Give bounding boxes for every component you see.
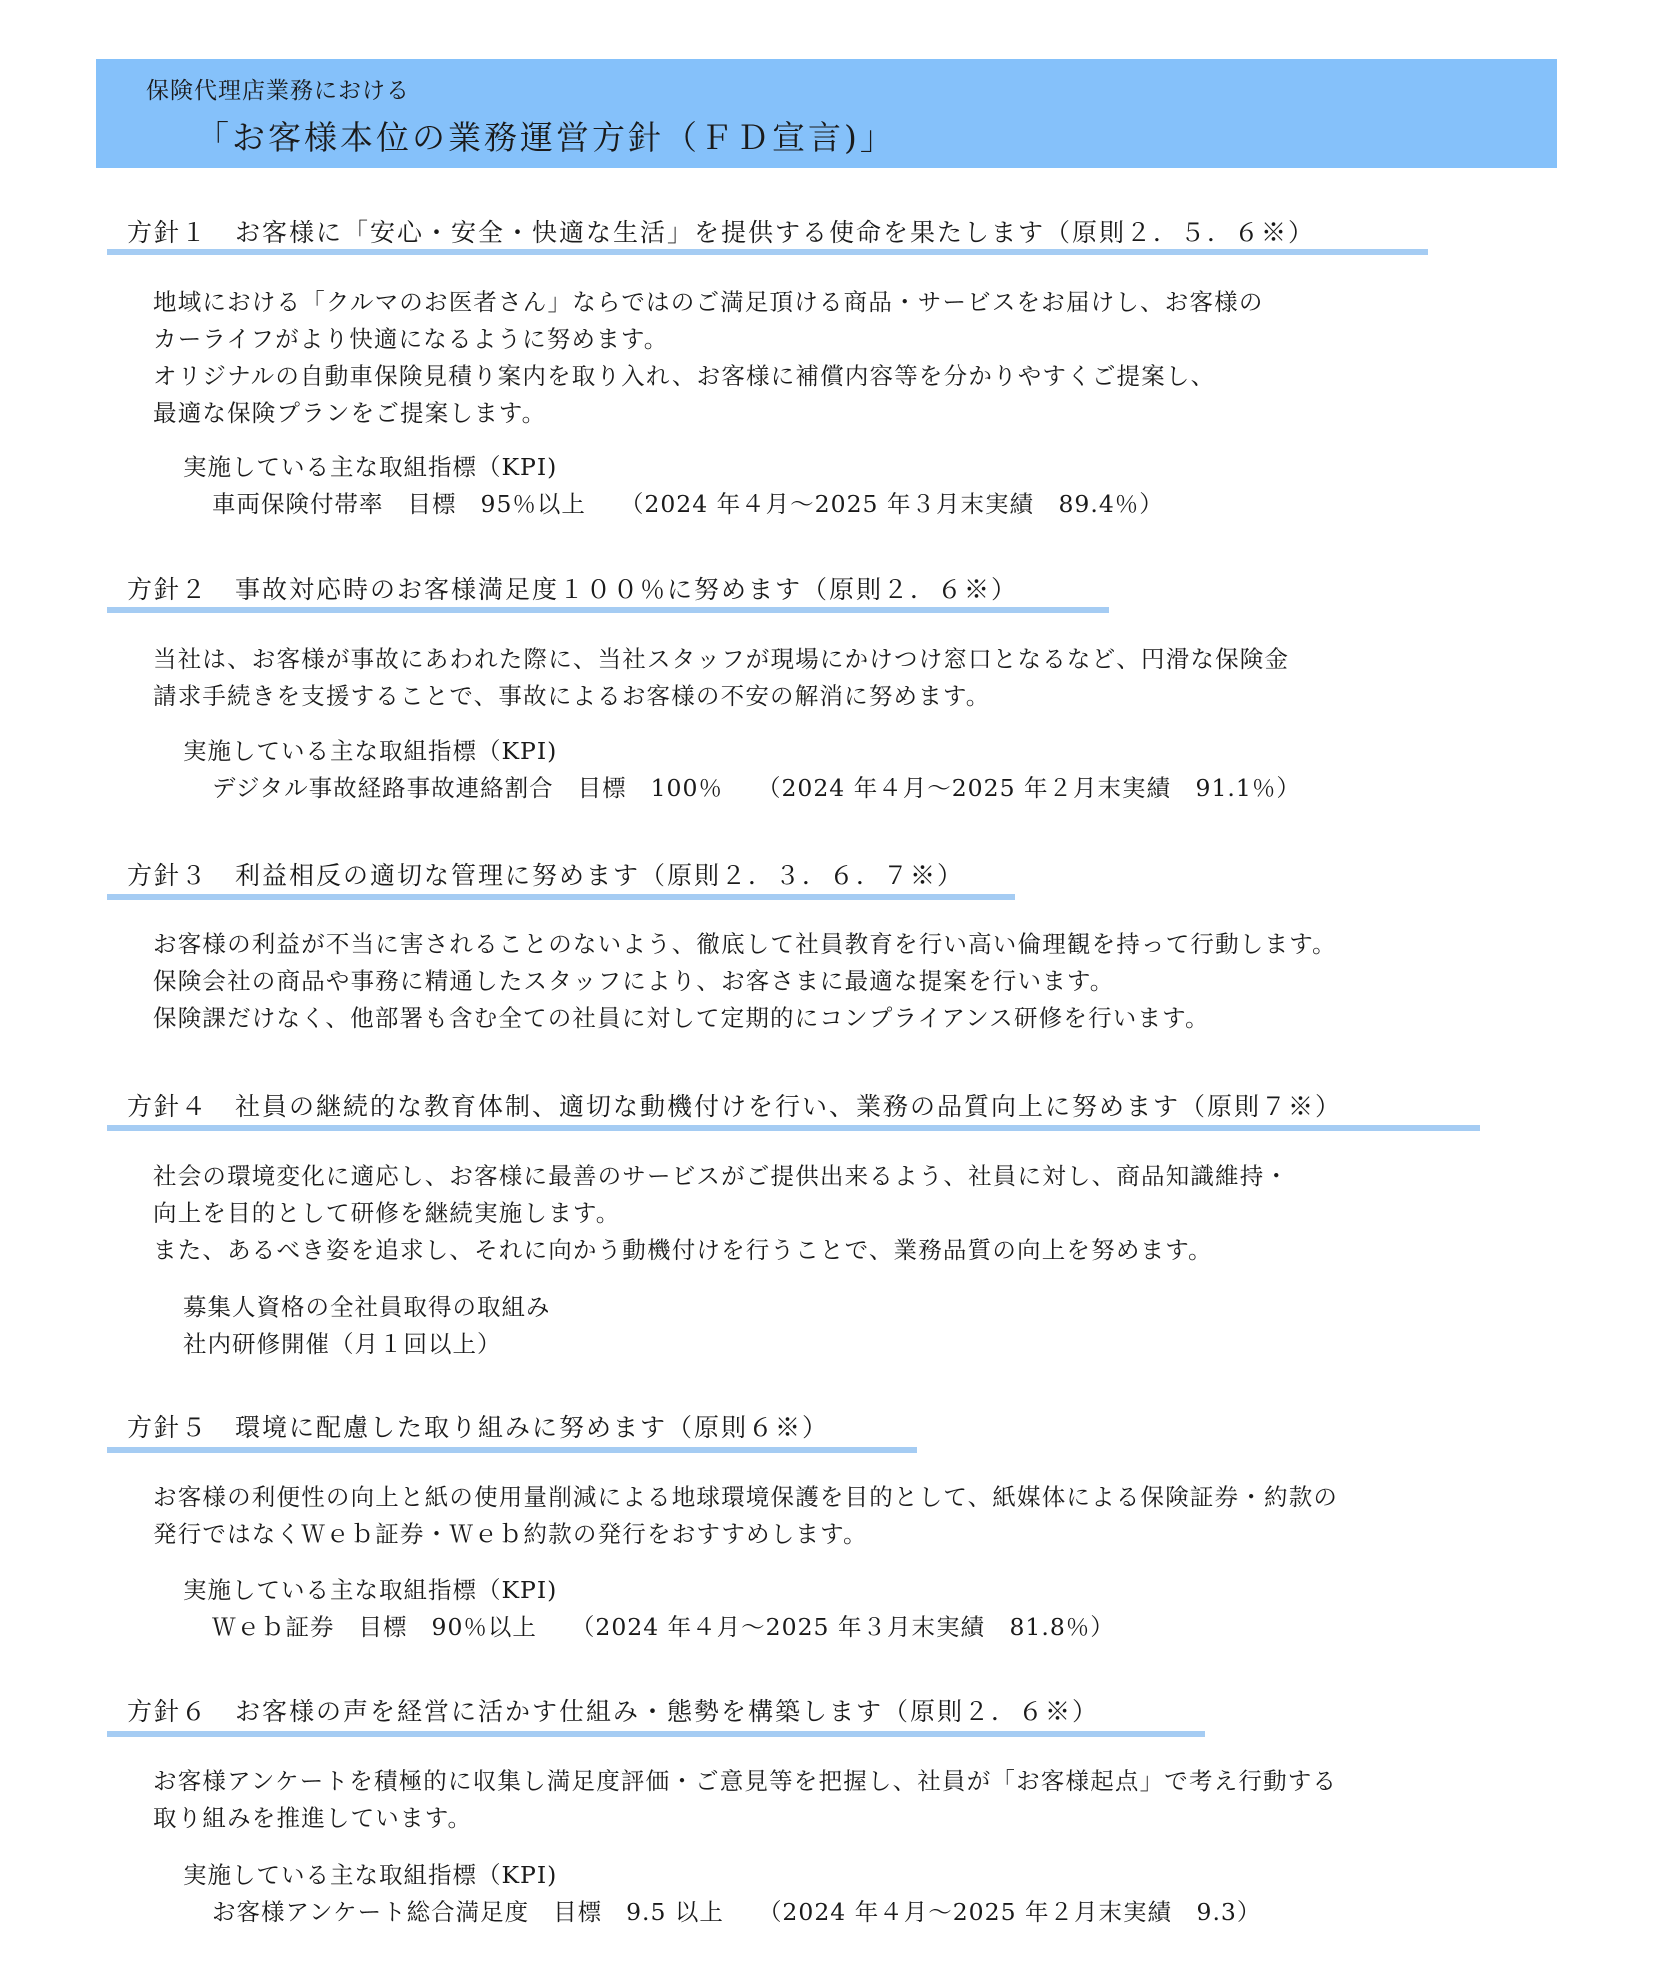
- policy-6-underline: [107, 1731, 1205, 1737]
- policy-2-kpi-row: デジタル事故経路事故連絡割合目標100％（2024 年４月～2025 年２月末実…: [212, 770, 1301, 807]
- policy-1-kpi-label: 実施している主な取組指標（KPI): [183, 449, 557, 486]
- policy-5-kpi-label: 実施している主な取組指標（KPI): [183, 1572, 557, 1609]
- kpi-result: （2024 年４月～2025 年３月末実績 89.4％）: [620, 486, 1164, 523]
- body-line: お客様の利益が不当に害されることのないよう、徹底して社員教育を行い高い倫理観を持…: [153, 926, 1337, 963]
- policy-2-heading: 方針２ 事故対応時のお客様満足度１００％に努めます（原則２．６※）: [127, 570, 1018, 606]
- policy-4-underline: [107, 1125, 1480, 1131]
- policy-5-heading: 方針５ 環境に配慮した取り組みに努めます（原則６※）: [127, 1408, 829, 1444]
- page-title: 「お客様本位の業務運営方針（ＦＤ宣言)」: [196, 112, 896, 159]
- body-line: 最適な保険プランをご提案します。: [153, 395, 546, 432]
- policy-6-heading: 方針６ お客様の声を経営に活かす仕組み・態勢を構築します（原則２．６※）: [127, 1692, 1099, 1728]
- body-line: 向上を目的として研修を継続実施します。: [153, 1195, 620, 1232]
- kpi-result: （2024 年４月～2025 年２月末実績 91.1％）: [757, 770, 1301, 807]
- kpi-result: （2024 年４月～2025 年２月末実績 9.3）: [758, 1894, 1261, 1931]
- kpi-name: 車両保険付帯率: [212, 486, 384, 523]
- initiative-item: 募集人資格の全社員取得の取組み: [183, 1289, 551, 1326]
- kpi-result: （2024 年４月～2025 年３月末実績 81.8％）: [571, 1609, 1115, 1646]
- kpi-target-label: 目標: [578, 770, 627, 807]
- kpi-target: 9.5 以上: [626, 1894, 724, 1931]
- kpi-name: Ｗｅｂ証券: [212, 1609, 335, 1646]
- policy-1-heading: 方針１ お客様に「安心・安全・快適な生活」を提供する使命を果たします（原則２．５…: [127, 213, 1315, 249]
- body-line: お客様の利便性の向上と紙の使用量削減による地球環境保護を目的として、紙媒体による…: [153, 1479, 1338, 1516]
- policy-3-heading: 方針３ 利益相反の適切な管理に努めます（原則２．３．６．７※）: [127, 856, 964, 892]
- kpi-target: 90％以上: [432, 1609, 537, 1646]
- policy-6-kpi-row: お客様アンケート総合満足度目標9.5 以上（2024 年４月～2025 年２月末…: [212, 1894, 1261, 1931]
- body-line: オリジナルの自動車保険見積り案内を取り入れ、お客様に補償内容等を分かりやすくご提…: [153, 358, 1215, 395]
- kpi-target-label: 目標: [553, 1894, 602, 1931]
- kpi-name: お客様アンケート総合満足度: [212, 1894, 529, 1931]
- body-line: 社会の環境変化に適応し、お客様に最善のサービスがご提供出来るよう、社員に対し、商…: [153, 1158, 1289, 1195]
- body-line: カーライフがより快適になるように努めます。: [153, 321, 668, 358]
- policy-3-underline: [107, 894, 1015, 900]
- kpi-target: 100％: [651, 770, 723, 807]
- policy-5-kpi-row: Ｗｅｂ証券目標90％以上（2024 年４月～2025 年３月末実績 81.8％）: [212, 1609, 1115, 1646]
- policy-2-underline: [107, 607, 1109, 613]
- body-line: 請求手続きを支援することで、事故によるお客様の不安の解消に努めます。: [153, 678, 990, 715]
- kpi-name: デジタル事故経路事故連絡割合: [212, 770, 554, 807]
- policy-6-kpi-label: 実施している主な取組指標（KPI): [183, 1857, 557, 1894]
- body-line: 当社は、お客様が事故にあわれた際に、当社スタッフが現場にかけつけ窓口となるなど、…: [153, 641, 1289, 678]
- kpi-target-label: 目標: [408, 486, 457, 523]
- kpi-target-label: 目標: [359, 1609, 408, 1646]
- body-line: 保険課だけなく、他部署も含む全ての社員に対して定期的にコンプライアンス研修を行い…: [153, 1000, 1210, 1037]
- body-line: 発行ではなくＷｅｂ証券・Ｗｅｂ約款の発行をおすすめします。: [153, 1516, 868, 1553]
- body-line: 地域における「クルマのお医者さん」ならではのご満足頂ける商品・サービスをお届けし…: [153, 284, 1264, 321]
- policy-1-underline: [107, 249, 1428, 255]
- policy-4-heading: 方針４ 社員の継続的な教育体制、適切な動機付けを行い、業務の品質向上に努めます（…: [127, 1087, 1342, 1123]
- body-line: 保険会社の商品や事務に精通したスタッフにより、お客さまに最適な提案を行います。: [153, 963, 1114, 1000]
- policy-1-kpi-row: 車両保険付帯率目標95％以上（2024 年４月～2025 年３月末実績 89.4…: [212, 486, 1164, 523]
- policy-2-kpi-label: 実施している主な取組指標（KPI): [183, 733, 557, 770]
- kpi-target: 95％以上: [481, 486, 586, 523]
- body-line: 取り組みを推進しています。: [153, 1800, 472, 1837]
- initiative-item: 社内研修開催（月１回以上）: [183, 1326, 502, 1363]
- body-line: お客様アンケートを積極的に収集し満足度評価・ご意見等を把握し、社員が「お客様起点…: [153, 1763, 1337, 1800]
- policy-5-underline: [107, 1447, 917, 1453]
- body-line: また、あるべき姿を追求し、それに向かう動機付けを行うことで、業務品質の向上を努め…: [153, 1232, 1213, 1269]
- header-subtitle: 保険代理店業務における: [146, 72, 410, 105]
